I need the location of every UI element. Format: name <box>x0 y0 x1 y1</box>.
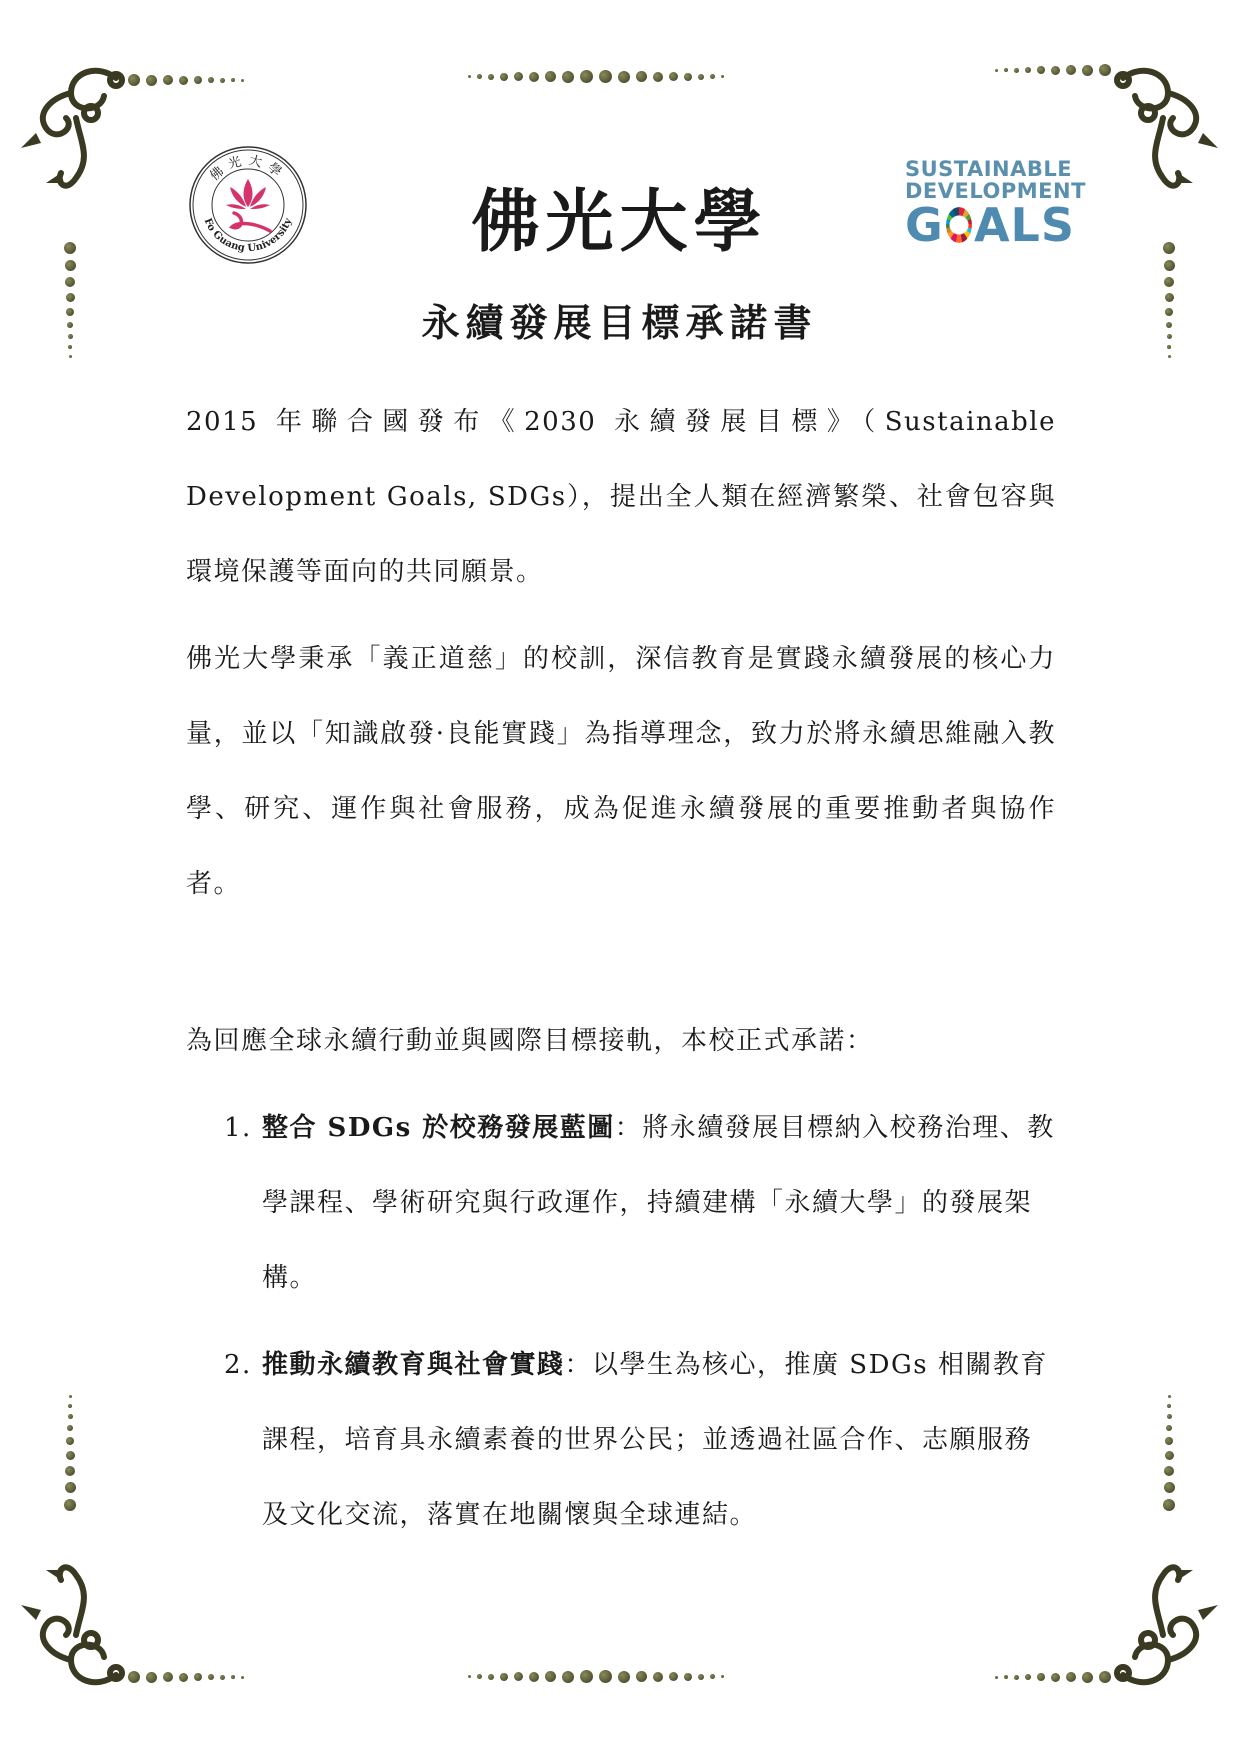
dotted-border-bottom-center <box>468 1670 724 1683</box>
dotted-border-bottom-left <box>128 1671 244 1683</box>
commitment-heading: 整合 SDGs 於校務發展藍圖 <box>262 1113 615 1143</box>
corner-ornament-bottom-left <box>16 1545 136 1695</box>
intro-paragraph-2: 佛光大學秉承「義正道慈」的校訓，深信教育是實踐永續發展的核心力量，並以「知識啟發… <box>186 622 1056 922</box>
document-title: 永續發展目標承諾書 <box>0 292 1239 347</box>
university-name-heading: 佛光大學 <box>0 168 1239 265</box>
intro-paragraph-1: 2015 年聯合國發布《2030 永續發展目標》（Sustainable Dev… <box>186 385 1056 610</box>
dotted-border-bottom-right <box>995 1671 1111 1683</box>
commitment-lead-in: 為回應全球永續行動並與國際目標接軌，本校正式承諾： <box>186 1004 1056 1079</box>
dotted-border-top-left <box>128 74 244 86</box>
dotted-border-top-center <box>468 70 724 83</box>
document-body: 2015 年聯合國發布《2030 永續發展目標》（Sustainable Dev… <box>186 385 1056 1553</box>
commitment-number: 1. <box>224 1091 252 1166</box>
dotted-border-left-bottom <box>64 1395 76 1511</box>
dotted-border-right-bottom <box>1163 1395 1175 1511</box>
scroll-ornament-icon <box>1103 1545 1223 1695</box>
dotted-border-top-right <box>995 64 1111 76</box>
commitment-number: 2. <box>224 1328 252 1403</box>
corner-ornament-bottom-right <box>1103 1545 1223 1695</box>
commitment-list: 1. 整合 SDGs 於校務發展藍圖：將永續發展目標納入校務治理、教學課程、學術… <box>186 1091 1056 1553</box>
commitment-heading: 推動永續教育與社會實踐 <box>262 1350 565 1380</box>
commitment-item-2: 2. 推動永續教育與社會實踐：以學生為核心，推廣 SDGs 相關教育課程，培育具… <box>186 1328 1056 1553</box>
scroll-ornament-icon <box>16 1545 136 1695</box>
commitment-item-1: 1. 整合 SDGs 於校務發展藍圖：將永續發展目標納入校務治理、教學課程、學術… <box>186 1091 1056 1316</box>
